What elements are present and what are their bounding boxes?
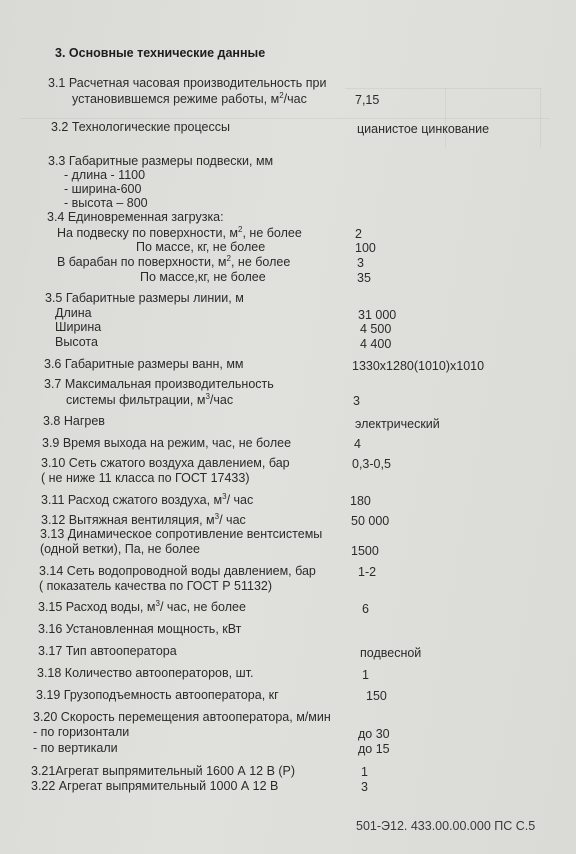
item-3-11-value: 180 [350, 494, 371, 508]
item-3-4-hanger-surface-label: На подвеску по поверхности, м2, не более [57, 226, 302, 240]
item-3-7-label-line1: 3.7 Максимальная производительность [44, 377, 274, 391]
bleed-through-line [445, 88, 446, 148]
item-3-9-label: 3.9 Время выхода на режим, час, не более [42, 436, 291, 450]
item-3-4-hanger-mass-value: 100 [355, 241, 376, 255]
item-3-10-label-line2: ( не ниже 11 класса по ГОСТ 17433) [41, 471, 250, 485]
item-3-14-value: 1-2 [358, 565, 376, 579]
label-text: 3.12 Вытяжная вентиляция, м [41, 513, 215, 527]
item-3-4-hanger-surface-value: 2 [355, 227, 362, 241]
unit-tail: /час [284, 92, 307, 106]
label-tail: , не более [242, 226, 301, 240]
item-3-10-value: 0,3-0,5 [352, 457, 391, 471]
unit-tail: / час, не более [160, 600, 246, 614]
item-3-8-value: электрический [355, 417, 440, 431]
item-3-13-value: 1500 [351, 544, 379, 558]
item-3-21-value: 1 [361, 765, 368, 779]
item-3-20-horizontal-label: - по горизонтали [33, 725, 129, 739]
item-3-4-label: 3.4 Единовременная загрузка: [47, 210, 224, 224]
item-3-5-width-value: 4 500 [360, 322, 391, 336]
item-3-11-label: 3.11 Расход сжатого воздуха, м3/ час [41, 493, 253, 507]
item-3-19-label: 3.19 Грузоподъемность автооператора, кг [36, 688, 279, 702]
item-3-5-height-value: 4 400 [360, 337, 391, 351]
item-3-5-length-label: Длина [55, 306, 92, 320]
item-3-10-label-line1: 3.10 Сеть сжатого воздуха давлением, бар [41, 456, 290, 470]
item-3-4-hanger-mass-label: По массе, кг, не более [136, 240, 265, 254]
item-3-8-label: 3.8 Нагрев [43, 414, 105, 428]
item-3-22-value: 3 [361, 780, 368, 794]
item-3-20-vertical-value: до 15 [358, 742, 390, 756]
item-3-12-value: 50 000 [351, 514, 389, 528]
item-3-7-value: 3 [353, 394, 360, 408]
unit-tail: /час [210, 393, 233, 407]
section-title: 3. Основные технические данные [55, 46, 265, 60]
label-text: На подвеску по поверхности, м [57, 226, 238, 240]
item-3-1-label-line2: установившемся режиме работы, м2/час [72, 92, 307, 106]
item-3-15-label: 3.15 Расход воды, м3/ час, не более [38, 600, 246, 614]
item-3-9-value: 4 [354, 437, 361, 451]
item-3-1-label-line1: 3.1 Расчетная часовая производительность… [48, 76, 327, 90]
item-3-13-label-line1: 3.13 Динамическое сопротивление вентсист… [40, 527, 322, 541]
item-3-14-label-line1: 3.14 Сеть водопроводной воды давлением, … [39, 564, 316, 578]
item-3-3-length: - длина - 1100 [64, 168, 145, 182]
item-3-4-drum-mass-value: 35 [357, 271, 371, 285]
item-3-6-label: 3.6 Габаритные размеры ванн, мм [44, 357, 244, 371]
label-text: 3.11 Расход сжатого воздуха, м [41, 493, 222, 507]
bleed-through-line [20, 118, 550, 119]
item-3-5-label: 3.5 Габаритные размеры линии, м [45, 291, 244, 305]
item-3-4-drum-mass-label: По массе,кг, не более [140, 270, 266, 284]
item-3-15-value: 6 [362, 602, 369, 616]
item-3-18-value: 1 [362, 668, 369, 682]
item-3-13-label-line2: (одной ветки), Па, не более [40, 542, 200, 556]
item-3-20-horizontal-value: до 30 [358, 727, 390, 741]
item-3-14-label-line2: ( показатель качества по ГОСТ Р 51132) [39, 579, 272, 593]
item-3-21-label: 3.21Агрегат выпрямительный 1600 А 12 В (… [31, 764, 295, 778]
item-3-1-label-text: установившемся режиме работы, м [72, 92, 279, 106]
label-tail: , не более [231, 255, 290, 269]
item-3-2-value: цианистое цинкование [357, 122, 489, 136]
item-3-22-label: 3.22 Агрегат выпрямительный 1000 А 12 В [31, 779, 278, 793]
item-3-6-value: 1330x1280(1010)x1010 [352, 359, 484, 373]
document-code: 501-Э12. 433.00.00.000 ПС С.5 [356, 819, 535, 833]
item-3-7-label-line2: системы фильтрации, м3/час [66, 393, 233, 407]
item-3-5-width-label: Ширина [55, 320, 101, 334]
item-3-18-label: 3.18 Количество автооператоров, шт. [37, 666, 253, 680]
unit-tail: / час [219, 513, 246, 527]
item-3-17-value: подвесной [360, 646, 421, 660]
label-text: 3.15 Расход воды, м [38, 600, 155, 614]
item-3-3-label: 3.3 Габаритные размеры подвески, мм [48, 154, 273, 168]
unit-tail: / час [227, 493, 254, 507]
item-3-20-label: 3.20 Скорость перемещения автооператора,… [33, 710, 331, 724]
bleed-through-line [540, 88, 541, 148]
item-3-19-value: 150 [366, 689, 387, 703]
bleed-through-text [58, 22, 61, 36]
item-3-4-drum-surface-value: 3 [357, 256, 364, 270]
bleed-through-line [345, 88, 541, 89]
item-3-5-length-value: 31 000 [358, 308, 396, 322]
item-3-3-height: - высота – 800 [64, 196, 148, 210]
item-3-17-label: 3.17 Тип автооператора [38, 644, 177, 658]
item-3-12-label: 3.12 Вытяжная вентиляция, м3/ час [41, 513, 246, 527]
item-3-16-label: 3.16 Установленная мощность, кВт [38, 622, 241, 636]
label-text: системы фильтрации, м [66, 393, 205, 407]
item-3-3-width: - ширина-600 [64, 182, 141, 196]
label-text: В барабан по поверхности, м [57, 255, 227, 269]
item-3-1-value: 7,15 [355, 93, 379, 107]
item-3-5-height-label: Высота [55, 335, 98, 349]
item-3-2-label: 3.2 Технологические процессы [51, 120, 230, 134]
item-3-4-drum-surface-label: В барабан по поверхности, м2, не более [57, 255, 290, 269]
item-3-20-vertical-label: - по вертикали [33, 741, 118, 755]
